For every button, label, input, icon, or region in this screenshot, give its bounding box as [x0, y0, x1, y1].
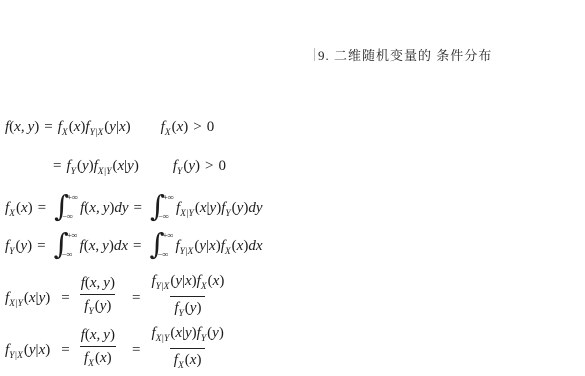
slide-page: 9. 二维随机变量的 条件分布 f(x,y)=fX(x)fY|X(y|x)fX(… [0, 0, 585, 376]
math-token-s: Y|X [156, 282, 170, 292]
math-token-s: Y [225, 209, 230, 219]
math-token-r: , [97, 327, 101, 343]
math-token-r: ) [134, 158, 139, 174]
math-token-r: ) [195, 158, 200, 174]
fraction: f(x,y)fX(x) [77, 326, 119, 372]
math-token-v: dx [114, 238, 128, 254]
integral-limits: +∞−∞ [69, 231, 78, 258]
math-token-r: ) [219, 325, 224, 341]
scan-artifact-tick [314, 48, 315, 61]
math-token-s: Y [201, 334, 206, 344]
formula-conditional-x-given-y: fX|Y(x|y)=f(x,y)fY(y)=fY|X(y|x)fX(x)fY(y… [5, 274, 230, 323]
formula-marginal-fx: fX(x)=∫+∞−∞f(x,y)dy=∫+∞−∞fX|Y(x|y)fY(y)d… [5, 195, 263, 222]
math-token-v: x [119, 119, 126, 135]
math-token-v: y [29, 342, 36, 358]
math-token-s: X [88, 359, 94, 369]
integral-upper-limit: +∞ [163, 193, 174, 202]
math-token-v: f [85, 119, 89, 135]
math-token-v: x [209, 238, 216, 254]
integral: ∫+∞−∞ [54, 193, 78, 220]
math-token-v: dy [248, 200, 262, 216]
math-token-o: = [133, 238, 141, 254]
fraction-numerator: f(x,y) [77, 326, 119, 347]
math-token-s: X [201, 282, 207, 292]
math-token-v: x [90, 327, 97, 343]
math-token-o: = [53, 158, 61, 174]
math-token-v: y [188, 158, 195, 174]
integral-lower-limit: −∞ [158, 250, 174, 259]
math-token-s: Y [178, 309, 183, 319]
math-token-r: , [21, 119, 25, 135]
math-token-r: ) [110, 327, 115, 343]
integral-lower-limit: −∞ [62, 212, 78, 221]
integral-lower-limit: −∞ [62, 250, 78, 259]
math-token-r: ) [196, 352, 201, 368]
math-token-o: = [134, 200, 142, 216]
math-token-v: x [90, 275, 97, 291]
formula-joint-density-given-x: f(x,y)=fX(x)fY|X(y|x)fX(x)>0 [5, 118, 214, 140]
math-token-s: Y [9, 247, 14, 257]
math-token-o: = [132, 342, 140, 358]
math-token-v: x [190, 352, 197, 368]
formula-marginal-fy: fY(y)=∫+∞−∞f(x,y)dx=∫+∞−∞fY|X(y|x)fX(x)d… [5, 233, 263, 260]
math-token-r: , [95, 238, 99, 254]
math-token-v: x [29, 290, 36, 306]
math-token-r: , [97, 275, 101, 291]
math-token-v: y [175, 273, 182, 289]
math-token-v: x [213, 273, 220, 289]
fraction: f(x,y)fY(y) [77, 274, 119, 320]
math-token-o: = [61, 342, 69, 358]
math-token-r: ) [106, 298, 111, 314]
math-token-v: dx [248, 238, 262, 254]
math-token-s: X|Y [180, 209, 194, 219]
math-token-o: = [44, 119, 52, 135]
math-token-v: y [82, 158, 89, 174]
math-token-s: Y|X [9, 351, 23, 361]
math-token-s: X [165, 128, 171, 138]
math-token-v: x [175, 325, 182, 341]
math-token-v: y [109, 119, 116, 135]
math-token-r: 0 [207, 119, 215, 135]
integral-upper-limit: +∞ [67, 231, 78, 240]
math-token-r: ) [110, 275, 115, 291]
fraction-denominator: fY(y) [170, 296, 205, 321]
slide-title-row: 9. 二维随机变量的 条件分布 [314, 45, 492, 64]
math-token-o: = [38, 200, 46, 216]
math-token-s: X|Y [156, 334, 170, 344]
page-title: 9. 二维随机变量的 条件分布 [318, 45, 492, 64]
math-token-s: X|Y [9, 299, 23, 309]
integral-limits: +∞−∞ [165, 193, 174, 220]
integral-upper-limit: +∞ [67, 193, 78, 202]
math-token-r: , [96, 200, 100, 216]
math-token-v: x [89, 200, 96, 216]
fraction-numerator: fX|Y(x|y)fY(y) [147, 324, 227, 348]
integral: ∫+∞−∞ [54, 231, 78, 258]
math-token-o: = [132, 290, 140, 306]
math-token-s: X [62, 128, 68, 138]
math-token-v: f [174, 352, 178, 368]
formula-conditional-y-given-x: fY|X(y|x)=f(x,y)fX(x)=fX|Y(x|y)fY(y)fX(x… [5, 326, 230, 375]
fraction-denominator: fX(x) [170, 348, 206, 373]
math-token-r: ) [183, 119, 188, 135]
fraction-numerator: fY|X(y|x)fX(x) [147, 272, 228, 296]
math-token-r: ) [28, 200, 33, 216]
math-token-s: Y|X [180, 247, 194, 257]
fraction: fX|Y(x|y)fY(y)fX(x) [147, 324, 227, 373]
math-token-v: x [100, 350, 107, 366]
math-token-v: y [190, 300, 197, 316]
math-token-o: = [61, 290, 69, 306]
fraction-numerator: f(x,y) [77, 274, 119, 295]
fraction: fY|X(y|x)fX(x)fY(y) [147, 272, 228, 321]
math-token-v: y [127, 158, 134, 174]
math-token-v: y [100, 298, 107, 314]
math-token-r: ) [45, 290, 50, 306]
math-token-r: ) [45, 342, 50, 358]
integral-limits: +∞−∞ [165, 231, 174, 258]
math-token-r: ) [34, 119, 39, 135]
math-token-v: x [21, 200, 28, 216]
math-token-v: x [200, 200, 207, 216]
math-token-v: y [102, 238, 109, 254]
math-token-o: > [205, 158, 213, 174]
math-token-o: = [37, 238, 45, 254]
math-token-r: ) [107, 350, 112, 366]
math-token-r: ) [126, 119, 131, 135]
math-token-r: ) [219, 273, 224, 289]
math-token-r: ) [196, 300, 201, 316]
math-token-r: ) [27, 238, 32, 254]
integral: ∫+∞−∞ [150, 193, 174, 220]
integral: ∫+∞−∞ [149, 231, 173, 258]
math-token-r: 0 [218, 158, 226, 174]
math-token-s: Y [177, 167, 182, 177]
math-token-s: Y|X [90, 128, 104, 138]
math-token-s: X [178, 361, 184, 371]
math-token-v: x [14, 119, 21, 135]
integral-lower-limit: −∞ [158, 212, 174, 221]
math-token-v: f [66, 158, 70, 174]
math-token-s: X [225, 247, 231, 257]
fraction-denominator: fX(x) [80, 346, 116, 371]
formula-joint-density-given-y: =fY(y)fX|Y(x|y)fY(y)>0 [48, 157, 226, 179]
math-token-v: y [199, 238, 206, 254]
math-token-s: Y [71, 167, 76, 177]
math-token-s: Y [88, 307, 93, 317]
math-token-s: X [9, 209, 15, 219]
math-token-v: f [175, 238, 179, 254]
math-token-s: X|Y [98, 167, 112, 177]
math-token-o: > [193, 119, 201, 135]
integral-limits: +∞−∞ [69, 193, 78, 220]
math-token-v: dy [114, 200, 128, 216]
fraction-denominator: fY(y) [80, 294, 115, 319]
integral-upper-limit: +∞ [163, 231, 174, 240]
